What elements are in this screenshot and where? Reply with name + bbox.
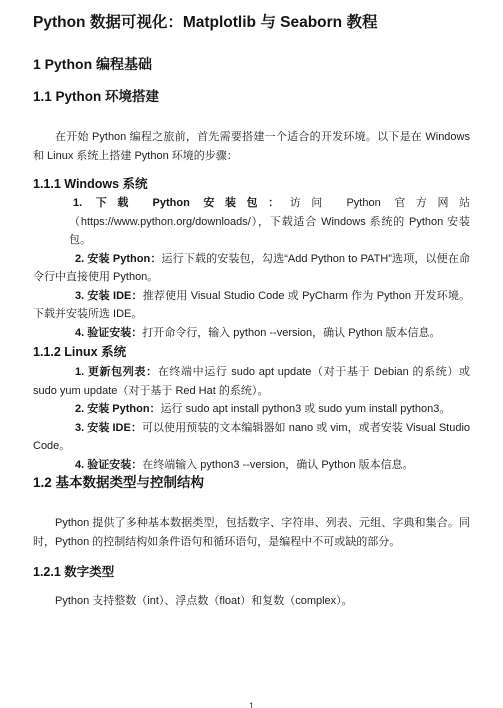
list-item: 1. 更新包列表：在终端中运行 sudo apt update（对于基于 Deb… <box>33 363 470 400</box>
list-item-lead: 3. 安装 IDE： <box>75 290 143 302</box>
paragraph-numeric-types: Python 支持整数（int）、浮点数（float）和复数（complex）。 <box>33 592 470 611</box>
document-page: Python 数据可视化：Matplotlib 与 Seaborn 教程 1 P… <box>0 0 503 708</box>
list-item-lead: 2. 安装 Python： <box>75 403 161 415</box>
list-item-lead: 4. 验证安装： <box>75 327 142 339</box>
list-item: 4. 验证安装：打开命令行，输入 python --version，确认 Pyt… <box>33 324 470 343</box>
list-item-lead: 4. 验证安装： <box>75 459 142 471</box>
list-item-text: 运行 sudo apt install python3 或 sudo yum i… <box>161 403 451 415</box>
subsection-heading-numeric: 1.2.1 数字类型 <box>33 564 470 580</box>
list-item: 2. 安装 Python：运行下载的安装包，勾选“Add Python to P… <box>33 250 470 287</box>
subsection-heading-windows: 1.1.1 Windows 系统 <box>33 176 470 192</box>
list-item: 3. 安装 IDE：推荐使用 Visual Studio Code 或 PyCh… <box>33 287 470 324</box>
list-item-text: （https://www.python.org/downloads/） <box>69 216 258 228</box>
list-item: 1. 下载 Python 安装包：访问 Python 官方网站（https://… <box>69 194 470 250</box>
section-heading-1-2: 1.2 基本数据类型与控制结构 <box>33 474 470 491</box>
paragraph-datatypes-intro: Python 提供了多种基本数据类型，包括数字、字符串、列表、元组、字典和集合。… <box>33 514 470 551</box>
document-title: Python 数据可视化：Matplotlib 与 Seaborn 教程 <box>33 0 470 33</box>
list-item: 3. 安装 IDE：可以使用预装的文本编辑器如 nano 或 vim，或者安装 … <box>33 419 470 456</box>
list-item-lead: 3. 安装 IDE： <box>75 422 142 434</box>
list-item: 4. 验证安装：在终端输入 python3 --version，确认 Pytho… <box>33 456 470 475</box>
list-item-text: 在终端输入 python3 --version，确认 Python 版本信息。 <box>142 459 413 471</box>
paragraph-env-intro: 在开始 Python 编程之旅前，首先需要搭建一个适合的开发环境。以下是在 Wi… <box>33 128 470 165</box>
list-item-text: 访问 Python 官方网站 <box>290 197 470 209</box>
chapter-heading: 1 Python 编程基础 <box>33 55 470 73</box>
list-item-lead: 2. 安装 Python： <box>75 253 162 265</box>
list-item: 2. 安装 Python：运行 sudo apt install python3… <box>33 400 470 419</box>
list-item-lead: 1. 下载 Python 安装包： <box>73 197 290 209</box>
list-item-text: 打开命令行，输入 python --version，确认 Python 版本信息… <box>142 327 440 339</box>
list-item-lead: 1. 更新包列表： <box>75 366 158 378</box>
subsection-heading-linux: 1.1.2 Linux 系统 <box>33 344 470 360</box>
page-number: 1 <box>0 700 503 708</box>
linux-steps-list: 1. 更新包列表：在终端中运行 sudo apt update（对于基于 Deb… <box>33 363 470 474</box>
section-heading-1-1: 1.1 Python 环境搭建 <box>33 88 470 105</box>
windows-steps-list: 1. 下载 Python 安装包：访问 Python 官方网站（https://… <box>33 194 470 342</box>
